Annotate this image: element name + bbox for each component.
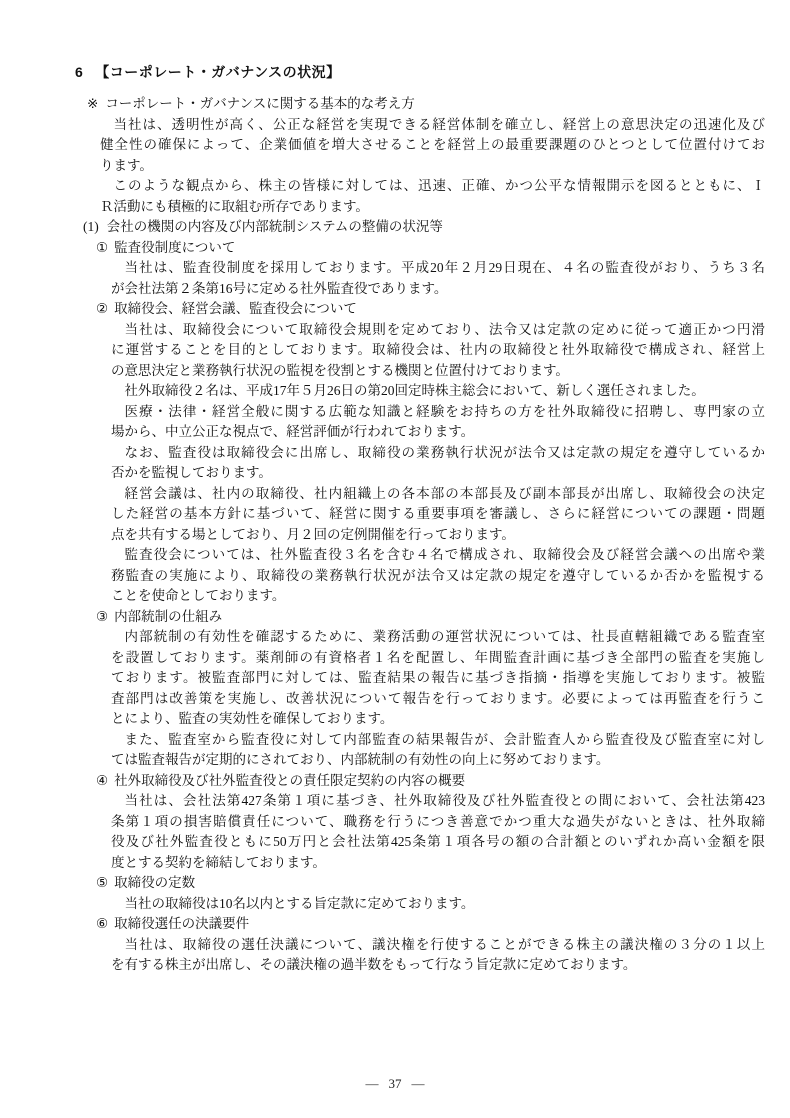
heading-label: (1) (83, 217, 99, 238)
paragraph-line: 医療・法律・経営全般に関する広範な知識と経験をお持ちの方を社外取締役に招聘し、専… (111, 402, 765, 423)
paragraph-line: 役及び社外監査役ともに50万円と会社法第425条第１項各号の額の合計額とのいずれ… (111, 832, 765, 853)
paragraph-line: 査部門は改善策を実施し、改善状況について報告を行っております。必要によっては再監… (111, 689, 765, 710)
heading-label: ③ (96, 607, 108, 628)
paragraph: このような観点から、株主の皆様に対しては、迅速、正確、かつ公平な情報開示を図ると… (100, 176, 765, 217)
paragraph: 医療・法律・経営全般に関する広範な知識と経験をお持ちの方を社外取締役に招聘し、専… (111, 402, 765, 443)
paragraph-line: ております。被監査部門に対しては、監査結果の報告に基づき指摘・指導を実施しており… (111, 668, 765, 689)
heading-text: 取締役選任の決議要件 (114, 916, 249, 931)
paragraph-line: また、監査室から監査役に対して内部監査の結果報告が、会計監査人から監査役及び監査… (111, 730, 765, 751)
paragraph-line: が会社法第２条第16号に定める社外監査役であります。 (111, 279, 765, 300)
heading-label: ② (96, 299, 108, 320)
paragraph-line: ことを使命としております。 (111, 586, 765, 607)
paragraph-line: 当社の取締役は10名以内とする旨定款に定めております。 (111, 894, 765, 915)
paragraph-line: に運営することを目的としております。取締役会は、社内の取締役と社外取締役で構成さ… (111, 340, 765, 361)
paragraph-line: なお、監査役は取締役会に出席し、取締役の業務執行状況が法令又は定款の規定を遵守し… (111, 443, 765, 464)
paragraph-line: 健全性の確保によって、企業価値を増大させることを経営上の最重要課題のひとつとして… (100, 135, 765, 156)
paragraph-line: した経営の基本方針に基づいて、経営に関する重要事項を審議し、さらに経営についての… (111, 504, 765, 525)
paragraph-line: を設置しております。薬剤師の有資格者１名を配置し、年間監査計画に基づき全部門の監… (111, 648, 765, 669)
paragraph: 社外取締役２名は、平成17年５月26日の第20回定時株主総会において、新しく選任… (111, 381, 765, 402)
item-heading: ③内部統制の仕組み (96, 607, 765, 628)
heading-text: 内部統制の仕組み (114, 609, 222, 624)
paragraph-line: 経営会議は、社内の取締役、社内組織上の各本部の本部長及び副本部長が出席し、取締役… (111, 484, 765, 505)
paragraph: 当社は、会社法第427条第１項に基づき、社外取締役及び社外監査役との間において、… (111, 791, 765, 873)
paragraph-line: を有する株主が出席し、その議決権の過半数をもって行なう旨定款に定めております。 (111, 955, 765, 976)
paragraph-line: の意思決定と業務執行状況の監視を役割とする機関と位置付けております。 (111, 361, 765, 382)
paragraph-line: 当社は、会社法第427条第１項に基づき、社外取締役及び社外監査役との間において、… (111, 791, 765, 812)
page-footer: ―37― (0, 1076, 790, 1092)
item-heading: ⑥取締役選任の決議要件 (96, 914, 765, 935)
paragraph-line: 社外取締役２名は、平成17年５月26日の第20回定時株主総会において、新しく選任… (111, 381, 765, 402)
item-heading: ②取締役会、経営会議、監査役会について (96, 299, 765, 320)
document-page: 6【コーポレート・ガバナンスの状況】 ※コーポレート・ガバナンスに関する基本的な… (0, 0, 790, 1118)
item-heading: ⑤取締役の定数 (96, 873, 765, 894)
paragraph-line: 場から、中立公正な視点で、経営評価が行われております。 (111, 422, 765, 443)
page-number: 37 (389, 1076, 402, 1091)
paragraph-line: 当社は、監査役制度を採用しております。平成20年２月29日現在、４名の監査役がお… (111, 258, 765, 279)
note-heading: ※コーポレート・ガバナンスに関する基本的な考え方 (87, 94, 765, 115)
paragraph-line: 当社は、取締役の選任決議について、議決権を行使することができる株主の議決権の３分… (111, 935, 765, 956)
paragraph-line: 度とする契約を締結しております。 (111, 853, 765, 874)
section-title: 6【コーポレート・ガバナンスの状況】 (75, 62, 765, 83)
paragraph: 当社は、透明性が高く、公正な経営を実現できる経営体制を確立し、経営上の意思決定の… (100, 115, 765, 177)
footer-dash-left: ― (366, 1076, 379, 1091)
heading-text: 社外取締役及び社外監査役との責任限定契約の内容の概要 (114, 773, 465, 788)
item-heading: ①監査役制度について (96, 238, 765, 259)
heading-label: ※ (87, 94, 98, 115)
heading-label: ④ (96, 771, 108, 792)
section-title-text: 【コーポレート・ガバナンスの状況】 (95, 64, 340, 80)
paragraph: 経営会議は、社内の取締役、社内組織上の各本部の本部長及び副本部長が出席し、取締役… (111, 484, 765, 546)
paragraph: 当社の取締役は10名以内とする旨定款に定めております。 (111, 894, 765, 915)
heading-label: ⑥ (96, 914, 108, 935)
subsection-heading: (1)会社の機関の内容及び内部統制システムの整備の状況等 (83, 217, 765, 238)
heading-label: ① (96, 238, 108, 259)
heading-text: コーポレート・ガバナンスに関する基本的な考え方 (105, 96, 414, 111)
paragraph-line: 監査役会については、社外監査役３名を含む４名で構成され、取締役会及び経営会議への… (111, 545, 765, 566)
paragraph-line: Ｒ活動にも積極的に取組む所存であります。 (100, 197, 765, 218)
paragraph: 当社は、取締役の選任決議について、議決権を行使することができる株主の議決権の３分… (111, 935, 765, 976)
paragraph-line: ては監査報告が定期的にされており、内部統制の有効性の向上に努めております。 (111, 750, 765, 771)
paragraph-line: 否かを監視しております。 (111, 463, 765, 484)
paragraph-line: ります。 (100, 156, 765, 177)
paragraph: 当社は、監査役制度を採用しております。平成20年２月29日現在、４名の監査役がお… (111, 258, 765, 299)
heading-text: 監査役制度について (114, 240, 235, 255)
paragraph-line: 内部統制の有効性を確認するために、業務活動の運営状況については、社長直轄組織であ… (111, 627, 765, 648)
paragraph-line: 当社は、取締役会について取締役会規則を定めており、法令又は定款の定めに従って適正… (111, 320, 765, 341)
paragraph-line: 条第１項の損害賠償責任について、職務を行うにつき善意でかつ重大な過失がないときは… (111, 812, 765, 833)
document-content: 6【コーポレート・ガバナンスの状況】 ※コーポレート・ガバナンスに関する基本的な… (75, 62, 765, 976)
paragraph: 当社は、取締役会について取締役会規則を定めており、法令又は定款の定めに従って適正… (111, 320, 765, 382)
heading-text: 取締役会、経営会議、監査役会について (114, 301, 357, 316)
paragraph: なお、監査役は取締役会に出席し、取締役の業務執行状況が法令又は定款の規定を遵守し… (111, 443, 765, 484)
paragraph-line: とにより、監査の実効性を確保しております。 (111, 709, 765, 730)
heading-text: 会社の機関の内容及び内部統制システムの整備の状況等 (107, 219, 443, 234)
document-body: ※コーポレート・ガバナンスに関する基本的な考え方当社は、透明性が高く、公正な経営… (75, 94, 765, 976)
section-number: 6 (75, 64, 83, 80)
heading-label: ⑤ (96, 873, 108, 894)
paragraph: 内部統制の有効性を確認するために、業務活動の運営状況については、社長直轄組織であ… (111, 627, 765, 730)
heading-text: 取締役の定数 (114, 875, 195, 890)
footer-dash-right: ― (412, 1076, 425, 1091)
item-heading: ④社外取締役及び社外監査役との責任限定契約の内容の概要 (96, 771, 765, 792)
paragraph: また、監査室から監査役に対して内部監査の結果報告が、会計監査人から監査役及び監査… (111, 730, 765, 771)
paragraph-line: 務監査の実施により、取締役の業務執行状況が法令又は定款の規定を遵守しているか否か… (111, 566, 765, 587)
paragraph: 監査役会については、社外監査役３名を含む４名で構成され、取締役会及び経営会議への… (111, 545, 765, 607)
paragraph-line: 点を共有する場としており、月２回の定例開催を行っております。 (111, 525, 765, 546)
paragraph-line: 当社は、透明性が高く、公正な経営を実現できる経営体制を確立し、経営上の意思決定の… (100, 115, 765, 136)
paragraph-line: このような観点から、株主の皆様に対しては、迅速、正確、かつ公平な情報開示を図ると… (100, 176, 765, 197)
